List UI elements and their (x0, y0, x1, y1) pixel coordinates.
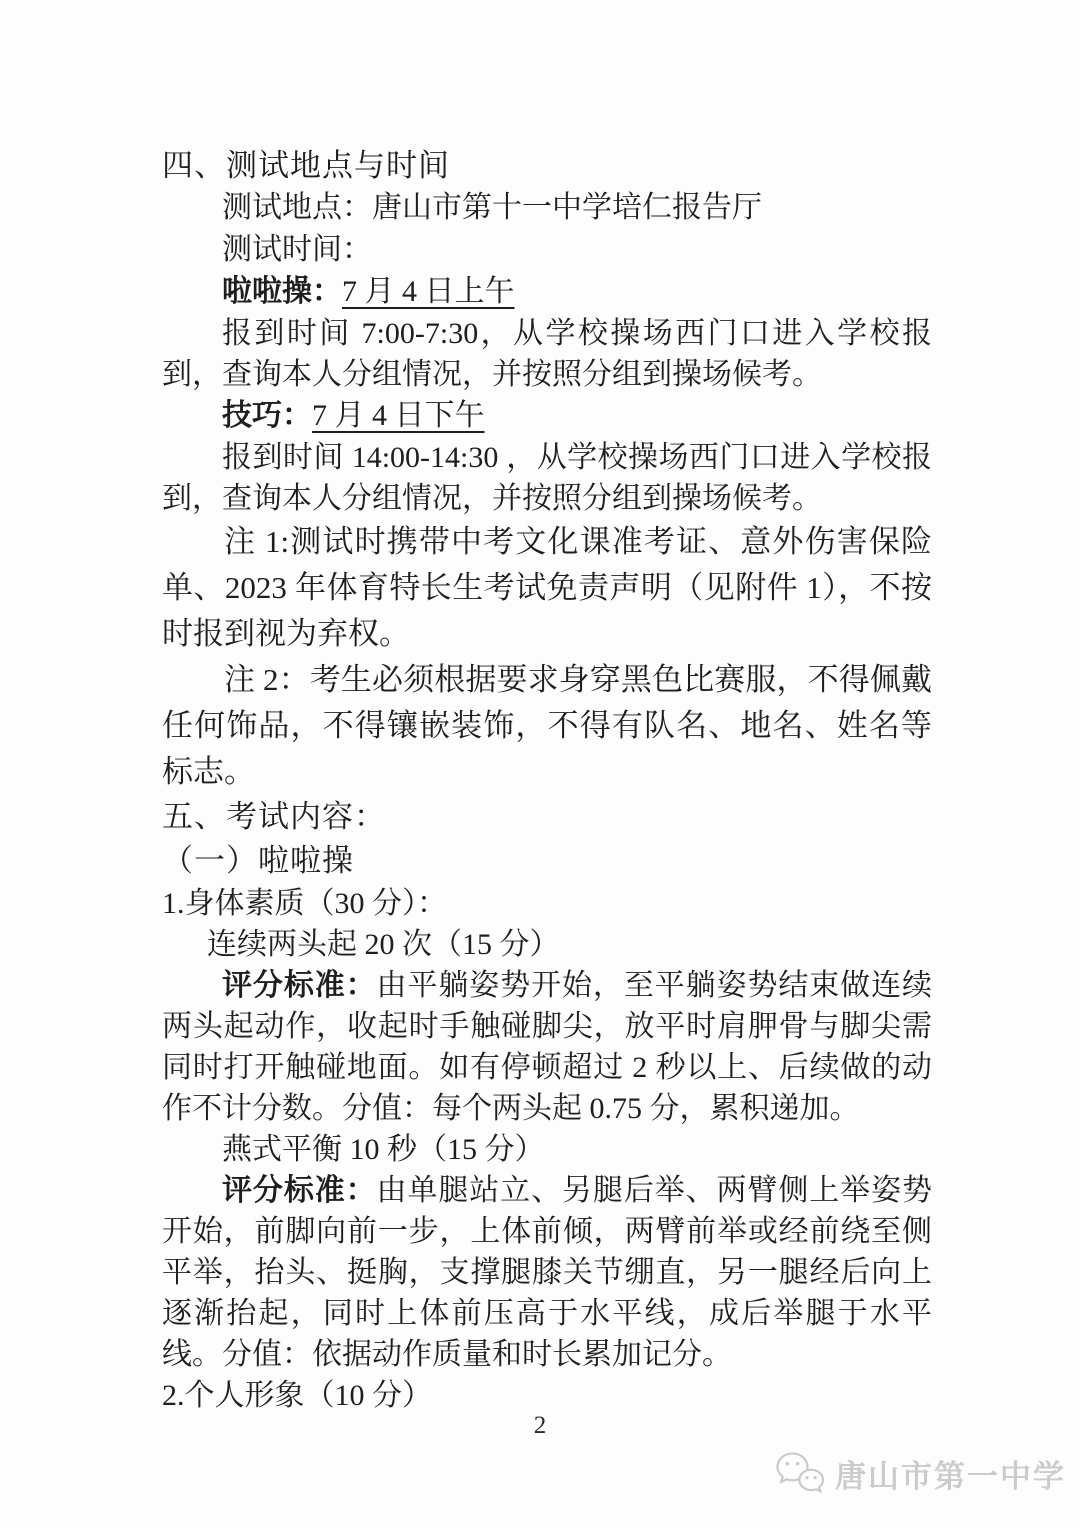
cheerleading-schedule-line: 啦啦操：7 月 4 日上午 (162, 271, 932, 313)
page-number: 2 (0, 1412, 1080, 1440)
document-page: 四、测试地点与时间 测试地点：唐山市第十一中学培仁报告厅 测试时间： 啦啦操：7… (0, 0, 1080, 1527)
cheerleading-report-paragraph: 报到时间 7:00-7:30，从学校操场西门口进入学校报到，查询本人分组情况，并… (162, 313, 932, 395)
wechat-icon (775, 1450, 827, 1496)
test-1-criteria-label: 评分标准： (222, 969, 377, 1002)
test-2-criteria-label: 评分标准： (222, 1174, 377, 1207)
item-2-title: 2.个人形象（10 分） (162, 1375, 932, 1416)
cheerleading-label: 啦啦操： (222, 275, 342, 308)
test-1-name: 连续两头起 20 次（15 分） (162, 924, 932, 965)
skill-report-paragraph: 报到时间 14:00-14:30 ，从学校操场西门口进入学校报到，查询本人分组情… (162, 437, 932, 519)
item-1-title: 1.身体素质（30 分）： (162, 883, 932, 924)
note-1-paragraph: 注 1:测试时携带中考文化课准考证、意外伤害保险单、2023 年体育特长生考试免… (162, 519, 932, 657)
section-4-heading: 四、测试地点与时间 (162, 145, 932, 187)
watermark: 唐山市第一中学 (775, 1450, 1066, 1496)
subsection-1-heading: （一）啦啦操 (162, 839, 932, 883)
test-2-criteria-paragraph: 评分标准：由单腿站立、另腿后举、两臂侧上举姿势开始，前脚向前一步，上体前倾，两臂… (162, 1170, 932, 1375)
watermark-text: 唐山市第一中学 (835, 1451, 1066, 1496)
test-location-line: 测试地点：唐山市第十一中学培仁报告厅 (162, 187, 932, 229)
skill-date: 7 月 4 日下午 (312, 399, 485, 432)
section-5-heading: 五、考试内容： (162, 795, 932, 839)
test-2-name: 燕式平衡 10 秒（15 分） (162, 1129, 932, 1170)
document-body: 四、测试地点与时间 测试地点：唐山市第十一中学培仁报告厅 测试时间： 啦啦操：7… (162, 145, 932, 1416)
note-2-paragraph: 注 2：考生必须根据要求身穿黑色比赛服，不得佩戴任何饰品，不得镶嵌装饰，不得有队… (162, 657, 932, 795)
test-1-criteria-paragraph: 评分标准：由平躺姿势开始，至平躺姿势结束做连续两头起动作，收起时手触碰脚尖，放平… (162, 965, 932, 1129)
test-time-label-line: 测试时间： (162, 229, 932, 271)
skill-label: 技巧： (222, 399, 312, 432)
cheerleading-date: 7 月 4 日上午 (342, 275, 515, 308)
skill-schedule-line: 技巧：7 月 4 日下午 (162, 395, 932, 437)
